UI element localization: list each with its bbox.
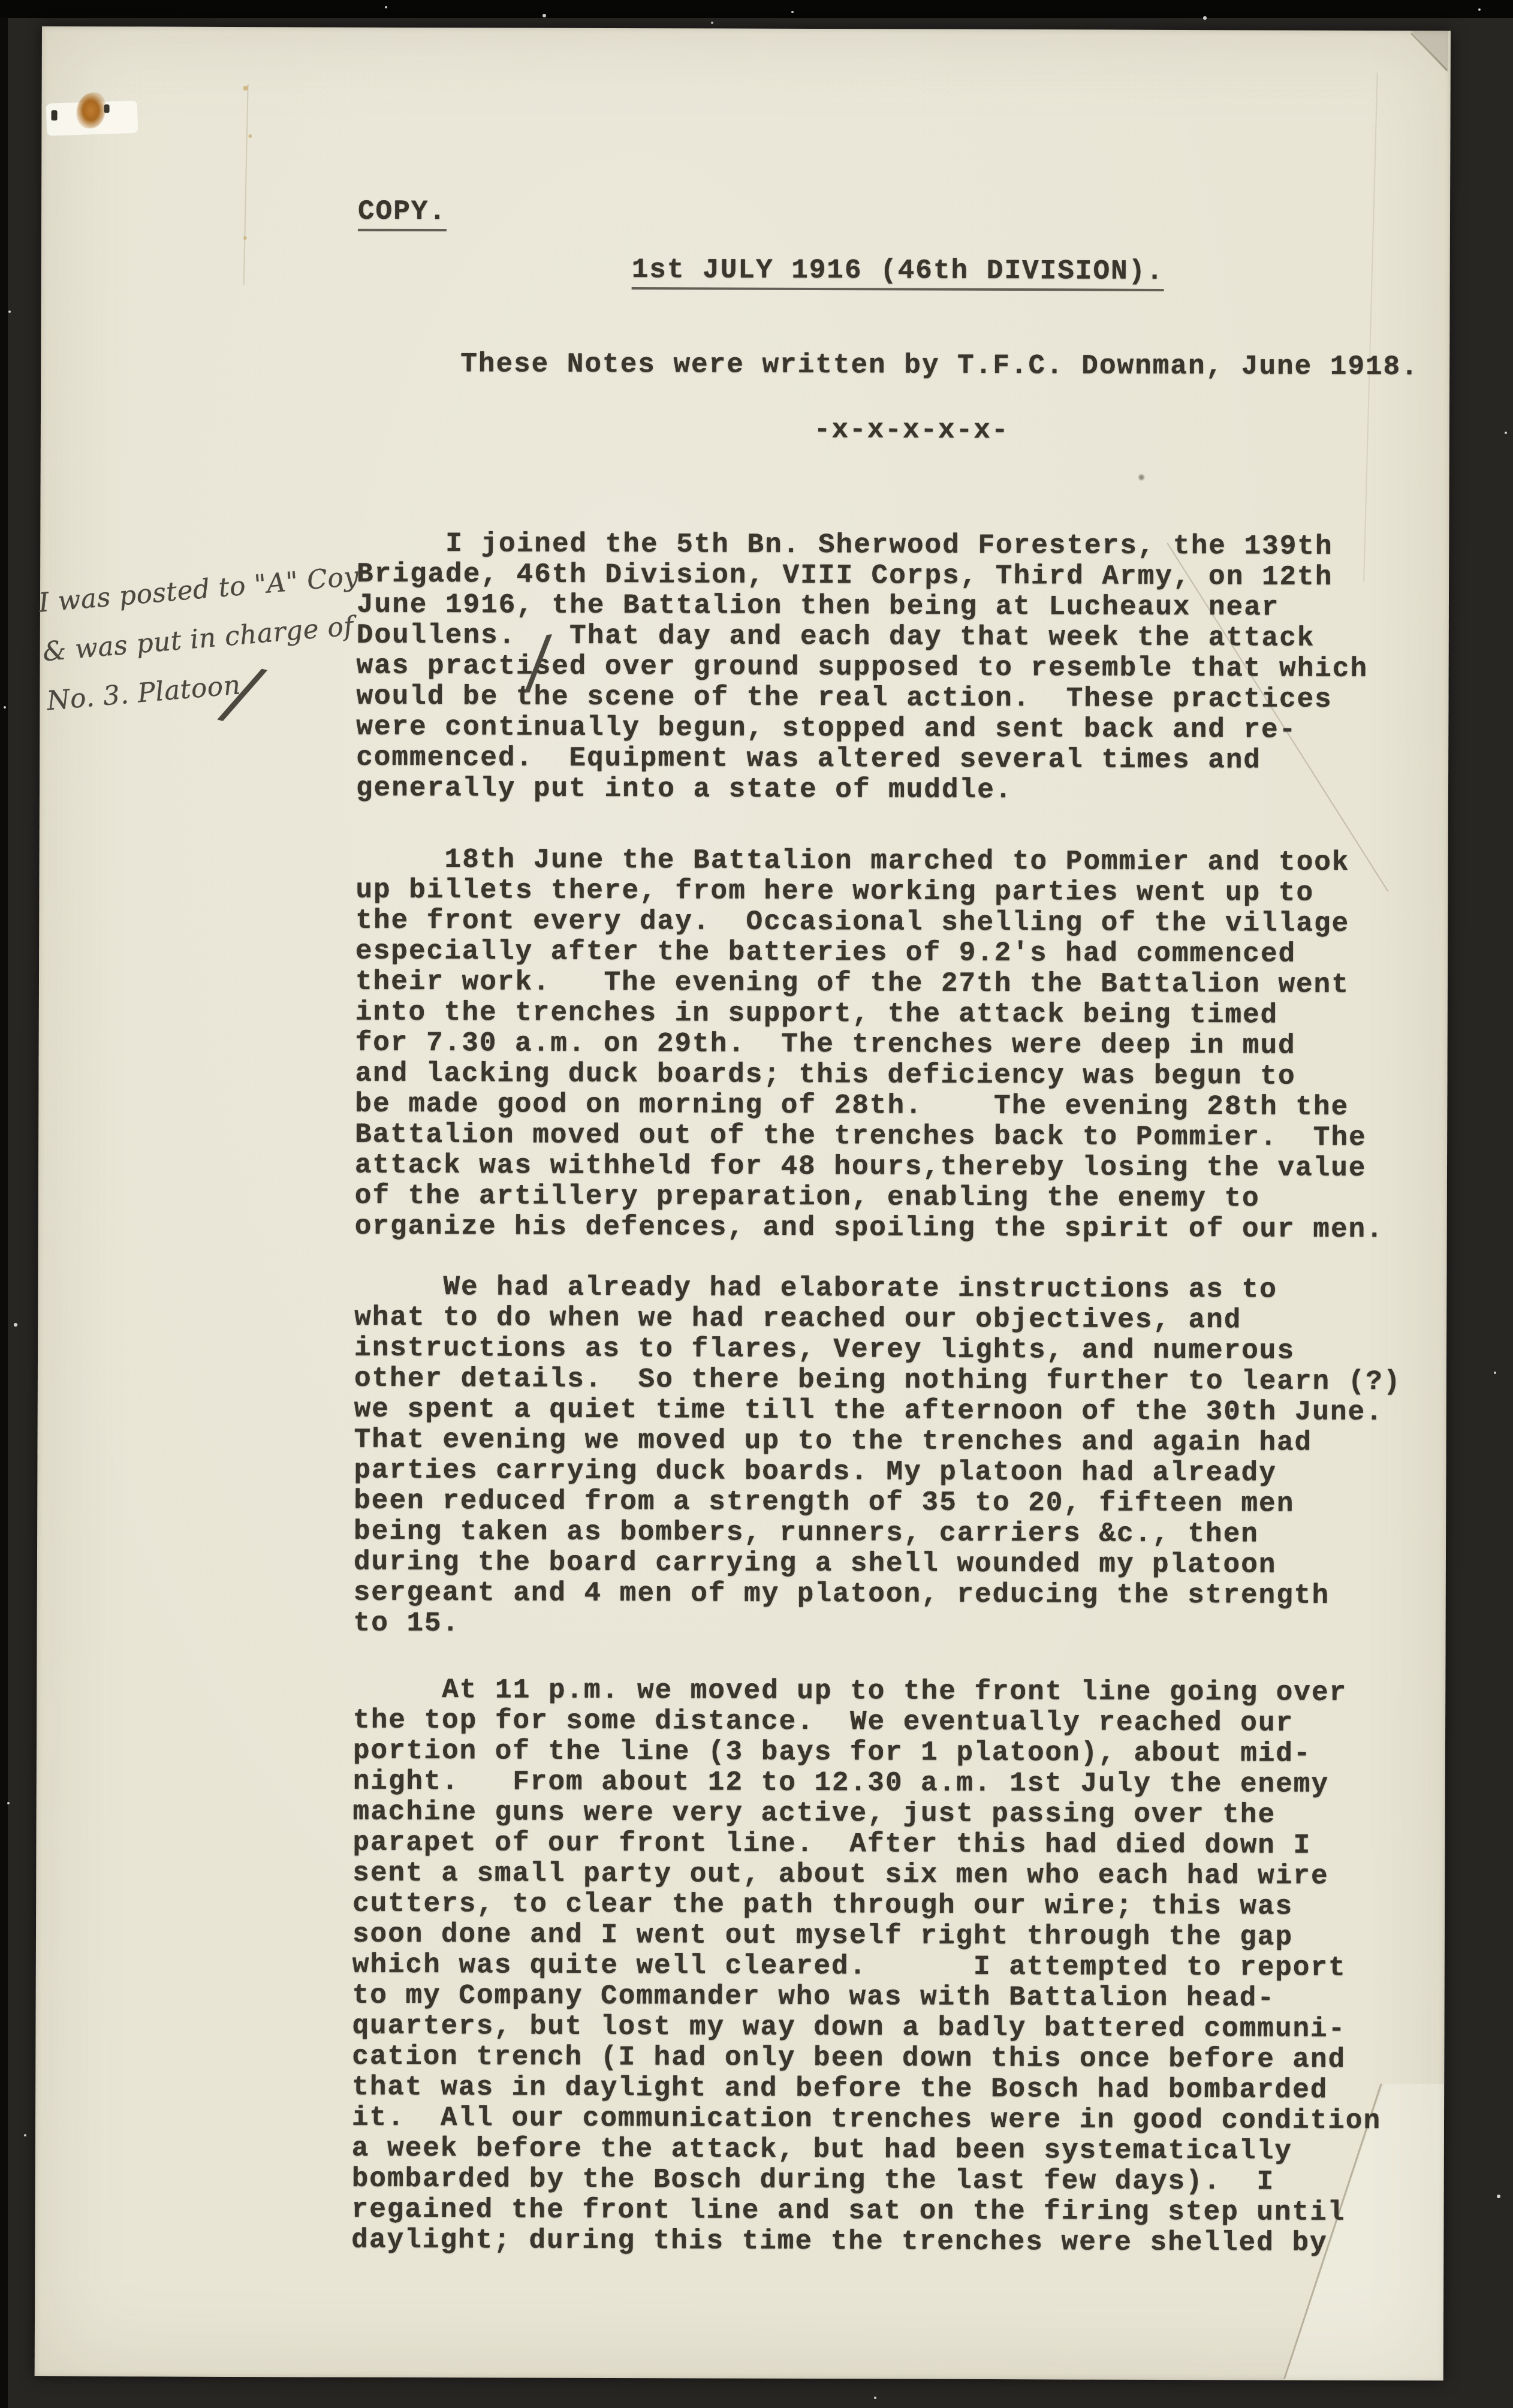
text-line: been reduced from a strength of 35 to 20…: [354, 1486, 1401, 1520]
text-line: were continually begun, stopped and sent…: [356, 712, 1368, 746]
text-line: the top for some distance. We eventually…: [353, 1705, 1382, 1739]
text-line: especially after the batteries of 9.2's …: [355, 936, 1385, 970]
text-line: machine guns were very active, just pass…: [353, 1797, 1382, 1831]
dust-specks: [0, 0, 2, 2]
text-line: of the artillery preparation, enabling t…: [355, 1181, 1384, 1214]
text-line: 18th June the Battalion marched to Pommi…: [356, 845, 1385, 878]
text-line: commenced. Equipment was altered several…: [356, 743, 1368, 776]
text-line: that was in daylight and before the Bosc…: [352, 2072, 1381, 2106]
text-line: which was quite well cleared. I attempte…: [352, 1950, 1382, 1984]
age-spots: [243, 86, 248, 91]
text-line: Brigade, 46th Division, VIII Corps, Thir…: [357, 559, 1369, 593]
text-line: for 7.30 a.m. on 29th. The trenches were…: [355, 1028, 1385, 1062]
smudge-mark: [1139, 475, 1144, 480]
handwritten-margin-note: I was posted to "A" Coy& was put in char…: [37, 550, 396, 726]
text-line: sent a small party out, about six men wh…: [352, 1858, 1382, 1892]
text-line: it. All our communication trenches were …: [352, 2103, 1381, 2136]
text-line: to 15.: [354, 1608, 1401, 1642]
text-line: I joined the 5th Bn. Sherwood Foresters,…: [357, 529, 1369, 562]
text-line: daylight; during this time the trenches …: [351, 2225, 1381, 2259]
text-line: June 1916, the Battalion then being at L…: [357, 590, 1369, 623]
paragraph-3: We had already had elaborate instruction…: [354, 1272, 1402, 1642]
text-line: be made good on morning of 28th. The eve…: [355, 1089, 1384, 1123]
text-line: was practised over ground supposed to re…: [357, 651, 1369, 685]
copy-label-text: COPY.: [358, 197, 447, 231]
text-line: parties carrying duck boards. My platoon…: [354, 1455, 1401, 1489]
text-line: At 11 p.m. we moved up to the front line…: [353, 1675, 1382, 1708]
text-line: cation trench (I had only been down this…: [352, 2042, 1381, 2075]
copy-label: COPY.: [358, 197, 447, 231]
paragraph-4: At 11 p.m. we moved up to the front line…: [351, 1675, 1382, 2259]
text-line: instructions as to flares, Verey lights,…: [354, 1333, 1402, 1367]
text-line: generally put into a state of muddle.: [356, 773, 1368, 807]
text-line: Battalion moved out of the trenches back…: [355, 1120, 1384, 1153]
section-divider: -x-x-x-x-x-: [814, 415, 1009, 446]
text-line: up billets there, from here working part…: [355, 875, 1385, 909]
text-line: We had already had elaborate instruction…: [354, 1272, 1402, 1306]
text-line: That evening we moved up to the trenches…: [354, 1425, 1402, 1458]
text-line: what to do when we had reached our objec…: [354, 1303, 1402, 1336]
document-page: COPY. 1st JULY 1916 (46th DIVISION). The…: [35, 26, 1451, 2380]
text-line: sergeant and 4 men of my platoon, reduci…: [354, 1578, 1401, 1611]
text-line: their work. The evening of the 27th the …: [355, 967, 1385, 1000]
text-line: during the board carrying a shell wounde…: [354, 1547, 1401, 1581]
text-line: and lacking duck boards; this deficiency…: [355, 1059, 1384, 1092]
text-line: bombarded by the Bosch during the last f…: [352, 2164, 1381, 2198]
text-line: other details. So there being nothing fu…: [354, 1364, 1402, 1397]
scanned-document-background: COPY. 1st JULY 1916 (46th DIVISION). The…: [0, 0, 1513, 2408]
text-line: to my Company Commander who was with Bat…: [352, 1981, 1382, 2014]
scan-edge-left: [0, 0, 8, 2408]
text-line: attack was withheld for 48 hours,thereby…: [355, 1150, 1384, 1184]
text-line: Doullens. That day and each day that wee…: [357, 620, 1369, 654]
text-line: soon done and I went out myself right th…: [352, 1919, 1382, 1953]
text-line: organize his defences, and spoiling the …: [355, 1211, 1384, 1245]
text-line: would be the scene of the real action. T…: [356, 682, 1368, 715]
text-line: quarters, but lost my way down a badly b…: [352, 2011, 1381, 2045]
page-title: 1st JULY 1916 (46th DIVISION).: [632, 255, 1164, 291]
text-line: portion of the line (3 bays for 1 platoo…: [353, 1736, 1382, 1770]
scan-edge-top: [0, 0, 1513, 18]
text-line: we spent a quiet time till the afternoon…: [354, 1394, 1402, 1428]
page-title-text: 1st JULY 1916 (46th DIVISION).: [632, 255, 1164, 291]
text-line: parapet of our front line. After this ha…: [352, 1828, 1382, 1861]
text-line: being taken as bombers, runners, carrier…: [354, 1517, 1401, 1550]
text-line: into the trenches in support, the attack…: [355, 997, 1385, 1031]
text-line: the front every day. Occasional shelling…: [355, 906, 1385, 939]
paragraph-1: I joined the 5th Bn. Sherwood Foresters,…: [356, 529, 1369, 807]
text-line: cutters, to clear the path through our w…: [352, 1889, 1382, 1922]
paragraph-2: 18th June the Battalion marched to Pommi…: [355, 845, 1385, 1245]
attribution-line: These Notes were written by T.F.C. Downm…: [460, 349, 1419, 382]
text-line: night. From about 12 to 12.30 a.m. 1st J…: [353, 1767, 1382, 1800]
ink-speck: [52, 110, 58, 120]
text-line: a week before the attack, but had been s…: [352, 2133, 1381, 2167]
ink-speck: [104, 104, 110, 113]
text-line: regained the front line and sat on the f…: [351, 2195, 1381, 2228]
